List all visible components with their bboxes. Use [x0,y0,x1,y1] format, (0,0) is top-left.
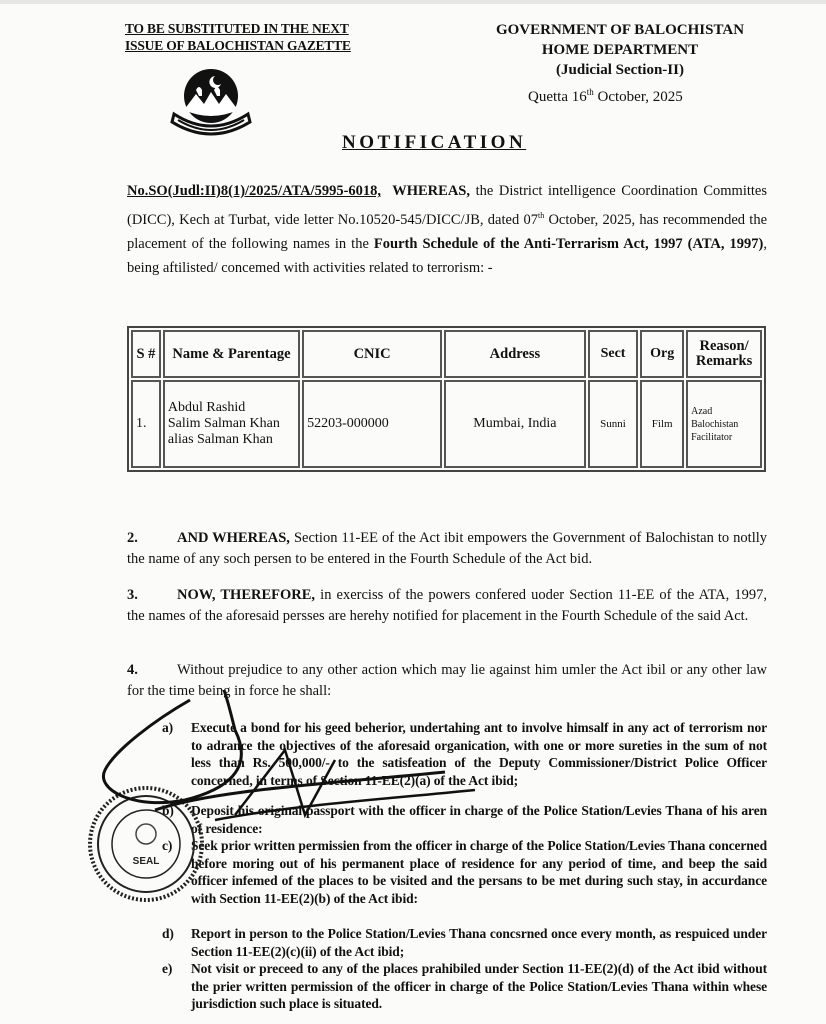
schedule-table: S # Name & Parentage CNIC Address Sect O… [127,326,766,472]
issue-date: Quetta 16th October, 2025 [528,87,683,106]
government-name: GOVERNMENT OF BALOCHISTAN [470,20,770,40]
issuing-authority: GOVERNMENT OF BALOCHISTAN HOME DEPARTMEN… [470,20,770,80]
reference-number: No.SO(Judl:II)8(1)/2025/ATA/5995-6018, [127,183,381,199]
paragraph-3: 3.NOW, THEREFORE, in exerciss of the pow… [127,585,767,627]
header-remarks: Reason/ Remarks [686,330,762,378]
paragraph-4: 4.Without prejudice to any other action … [127,660,767,702]
official-seal-stamp-icon: SEAL [86,784,206,904]
gazette-note-line-2: ISSUE OF BALOCHISTAN GAZETTE [125,37,370,54]
clause-b: b)Deposit his original passport with the… [167,802,767,837]
gazette-note: TO BE SUBSTITUTED IN THE NEXT ISSUE OF B… [125,20,370,54]
header-sect: Sect [588,330,639,378]
scan-edge [0,0,826,4]
cell-cnic: 52203-000000 [302,380,442,468]
cell-remarks: Azad Balochistan Facilitator [686,380,762,468]
department-name: HOME DEPARTMENT [470,40,770,60]
svg-text:SEAL: SEAL [133,856,160,867]
gazette-note-line-1: TO BE SUBSTITUTED IN THE NEXT [125,20,370,37]
table-row: 1. Abdul Rashid Salim Salman Khan alias … [131,380,762,468]
header-name: Name & Parentage [163,330,300,378]
header-org: Org [640,330,684,378]
header-cnic: CNIC [302,330,442,378]
clause-a: a)Execute a bond for his geed beherior, … [167,719,767,790]
cell-org: Film [640,380,684,468]
cell-address: Mumbai, India [444,380,586,468]
cell-sn: 1. [131,380,161,468]
cell-sect: Sunni [588,380,639,468]
cell-name: Abdul Rashid Salim Salman Khan alias Sal… [163,380,300,468]
notification-document: TO BE SUBSTITUTED IN THE NEXT ISSUE OF B… [0,0,826,1024]
page-title: NOTIFICATION [342,132,526,154]
clause-e: e)Not visit or preceed to any of the pla… [167,960,767,1013]
paragraph-1: No.SO(Judl:II)8(1)/2025/ATA/5995-6018, W… [127,179,767,281]
section-name: (Judicial Section-II) [470,60,770,80]
header-address: Address [444,330,586,378]
paragraph-2: 2.AND WHEREAS, Section 11-EE of the Act … [127,528,767,570]
clause-c: c)Seek prior written permissien from the… [167,837,767,908]
header-sn: S # [131,330,161,378]
table-header-row: S # Name & Parentage CNIC Address Sect O… [131,330,762,378]
clause-d: d)Report in person to the Police Station… [167,925,767,960]
balochistan-emblem-icon [168,64,254,138]
